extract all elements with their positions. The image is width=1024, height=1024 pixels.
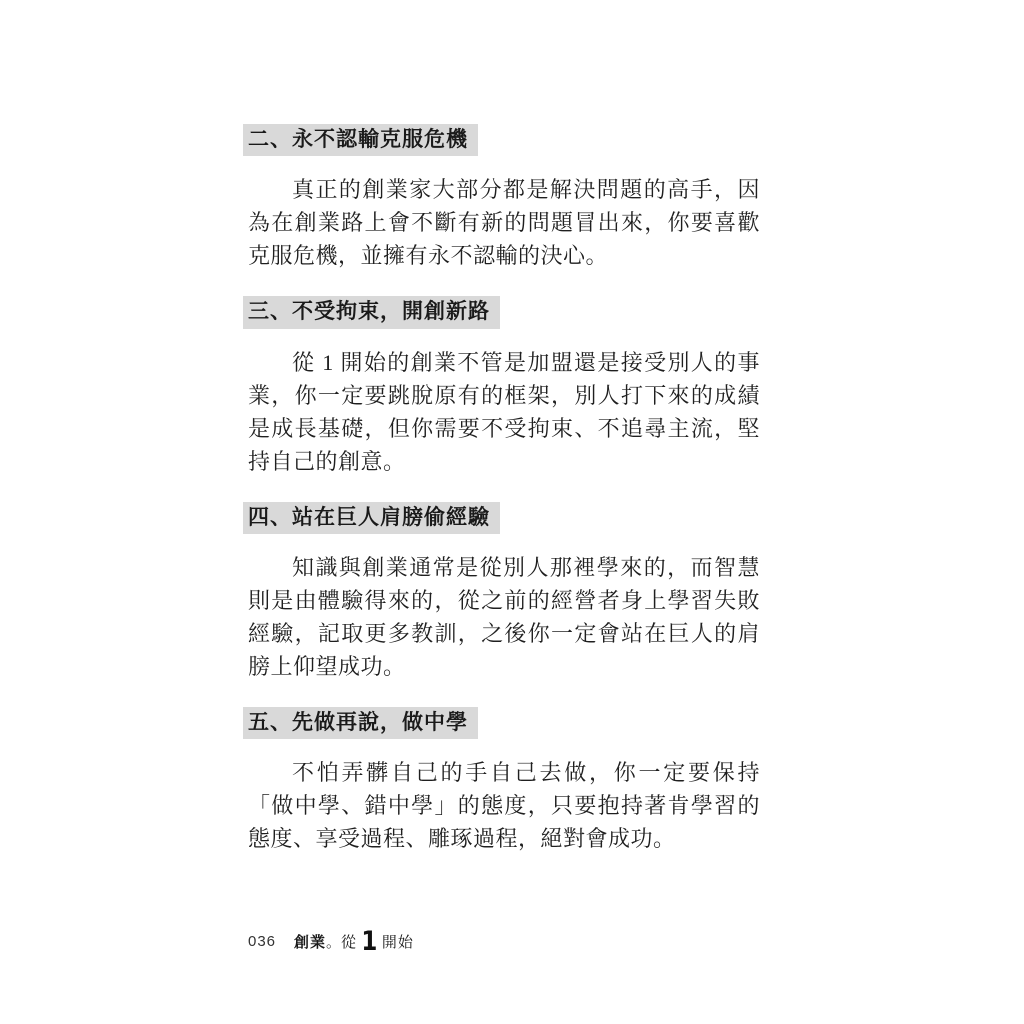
page-number: 036 xyxy=(248,933,276,950)
book-title-rest: 開始 xyxy=(382,931,414,952)
book-title-bold: 創業 xyxy=(294,931,326,952)
section-paragraph: 從 1 開始的創業不管是加盟還是接受別人的事業，你一定要跳脫原有的框架，別人打下… xyxy=(248,346,760,478)
section-heading: 三、不受拘束，開創新路 xyxy=(248,296,760,328)
section-5: 五、先做再說，做中學 不怕弄髒自己的手自己去做，你一定要保持「做中學、錯中學」的… xyxy=(248,707,760,855)
heading-highlight: 三、不受拘束，開創新路 xyxy=(243,296,500,328)
section-3: 三、不受拘束，開創新路 從 1 開始的創業不管是加盟還是接受別人的事業，你一定要… xyxy=(248,296,760,477)
book-title-numeral: 1 xyxy=(361,928,377,955)
section-2: 二、永不認輸克服危機 真正的創業家大部分都是解決問題的高手，因為在創業路上會不斷… xyxy=(248,124,760,272)
book-title-separator: 。從 xyxy=(326,931,356,952)
page-footer: 036 創業 。從 1 開始 xyxy=(248,928,414,955)
heading-highlight: 四、站在巨人肩膀偷經驗 xyxy=(243,502,500,534)
book-page: 二、永不認輸克服危機 真正的創業家大部分都是解決問題的高手，因為在創業路上會不斷… xyxy=(0,0,1024,1024)
heading-highlight: 五、先做再說，做中學 xyxy=(243,707,478,739)
section-paragraph: 真正的創業家大部分都是解決問題的高手，因為在創業路上會不斷有新的問題冒出來，你要… xyxy=(248,173,760,272)
section-paragraph: 不怕弄髒自己的手自己去做，你一定要保持「做中學、錯中學」的態度，只要抱持著肯學習… xyxy=(248,756,760,855)
section-heading: 五、先做再說，做中學 xyxy=(248,707,760,739)
section-heading: 四、站在巨人肩膀偷經驗 xyxy=(248,502,760,534)
heading-highlight: 二、永不認輸克服危機 xyxy=(243,124,478,156)
section-paragraph: 知識與創業通常是從別人那裡學來的，而智慧則是由體驗得來的，從之前的經營者身上學習… xyxy=(248,551,760,683)
section-4: 四、站在巨人肩膀偷經驗 知識與創業通常是從別人那裡學來的，而智慧則是由體驗得來的… xyxy=(248,502,760,683)
section-heading: 二、永不認輸克服危機 xyxy=(248,124,760,156)
page-content: 二、永不認輸克服危機 真正的創業家大部分都是解決問題的高手，因為在創業路上會不斷… xyxy=(248,124,760,879)
